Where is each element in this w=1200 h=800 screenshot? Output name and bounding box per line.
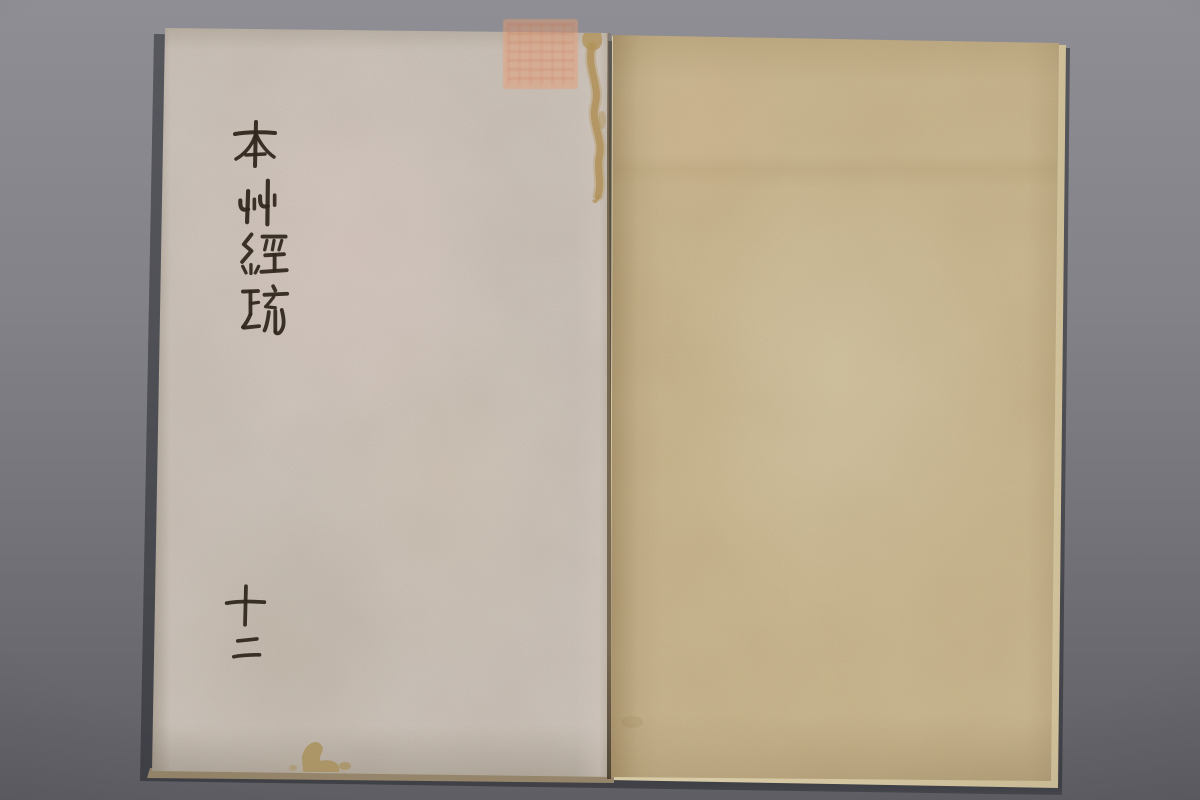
photo-scene: 本艸經疏 十二: [0, 0, 1200, 800]
calligraphy-char-shu: [234, 284, 295, 338]
center-fold: [607, 33, 611, 779]
right-blank-page: [611, 35, 1059, 782]
calligraphy-char-two: [224, 631, 270, 664]
calligraphy-char-jing: [234, 230, 291, 285]
calligraphy-char-ten: [222, 581, 269, 629]
left-cover-page: [152, 28, 613, 777]
calligraphy-char-ben: [226, 119, 284, 169]
faded-red-seal: [503, 19, 578, 89]
paper-grain-texture: [611, 35, 1059, 782]
calligraphy-char-cao: [232, 175, 284, 230]
paper-grain-texture: [152, 28, 613, 777]
